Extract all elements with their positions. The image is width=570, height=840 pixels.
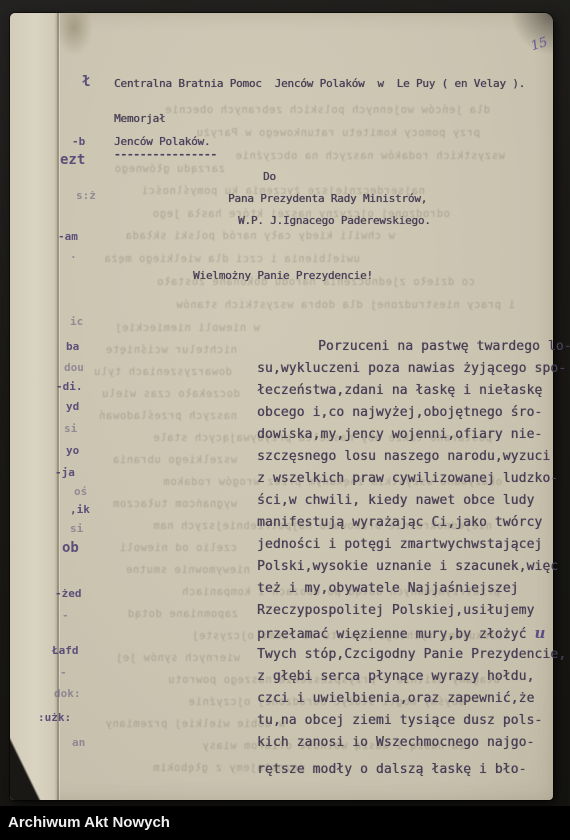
title-line-2: Jenców Polaków. [114, 135, 210, 148]
bleedthrough-line: wszystkich rodaków naszych na obczyźnie [215, 150, 505, 162]
margin-mark: si [70, 523, 83, 535]
typed-line: kich zanosi io Wszechmocnego najgo- [257, 732, 565, 754]
typed-line: rętsze modły o dalszą łaskę i bło- [257, 759, 565, 781]
margin-mark: yd [66, 401, 79, 413]
handwritten-insert: u [534, 624, 545, 642]
bleedthrough-line: dowarzyszeniach tylu [72, 366, 232, 378]
bleedthrough-line: zapomniane dotąd [80, 608, 238, 620]
address-line-1: Pana Prezydenta Rady Ministrów, [228, 192, 427, 205]
margin-mark: dok: [54, 688, 81, 700]
margin-mark: s:ż [76, 190, 96, 202]
address-to: Do [263, 170, 276, 183]
bleedthrough-line: doczekało czas wielu [72, 388, 240, 400]
bleedthrough-line: i pracy niestrudzonej dla dobra wszystki… [95, 299, 515, 311]
margin-mark: Łafd [52, 645, 79, 657]
typed-line: szczęsnego losu naszego narodu,wyzuci [257, 446, 565, 468]
bleedthrough-line: niewymownie smutne [90, 564, 250, 576]
typed-line: łeczeństwa,zdani na łaskę i niełaskę [257, 380, 565, 402]
typed-line: Polski,wysokie uznanie i szacunek,więc [257, 556, 565, 578]
bleedthrough-line: wszelkiego ubrania [72, 454, 237, 466]
margin-mark: -ja [55, 467, 75, 479]
typed-line: też i my,obywatele Najjaśniejszej [257, 578, 565, 600]
letterhead-line: Centralna Bratnia Pomoc Jenców Polaków w… [114, 77, 525, 90]
margin-mark: :użk: [38, 712, 71, 724]
bleedthrough-line: zarządu głównego [95, 163, 225, 175]
bleedthrough-line: nichtelur wciśnięte [72, 344, 237, 356]
ink-stain [56, 13, 92, 55]
typed-line: Twych stóp,Czcigodny Panie Prezydencie, [257, 644, 565, 666]
torn-corner [10, 715, 48, 800]
margin-mark: yo [66, 445, 79, 457]
typed-line: manifestują wyrażając Ci,jako twórcy [257, 512, 565, 534]
title-line-1: Memorjał [114, 112, 165, 125]
margin-mark: oś [74, 486, 87, 498]
address-line-2: W.P. J.Ignacego Paderewskiego. [238, 214, 431, 227]
margin-mark: - [60, 667, 67, 679]
margin-mark: -b [72, 136, 85, 148]
margin-mark: · [70, 252, 77, 264]
typed-line: obcego i,co najwyżej,obojętnego śro- [257, 402, 565, 424]
margin-mark: ,ik [70, 504, 90, 516]
typed-line: Rzeczypospolitej Polskiej,usiłujemy [257, 600, 565, 622]
typed-line: z wszelkich praw cywilizowanej ludzko- [257, 468, 565, 490]
fold-crease-line [57, 13, 59, 800]
bleedthrough-line: dla jeńców wojennych polskich zebranych … [150, 104, 490, 116]
margin-mark: ic [70, 316, 83, 328]
margin-mark: ba [66, 341, 79, 353]
bleedthrough-line: wygnańcom tułaczom [72, 498, 237, 510]
bleedthrough-line: w niewoli niemieckiej [95, 322, 260, 334]
salutation: Wielmożny Panie Prezydencie! [193, 269, 373, 282]
margin-mark: si [64, 423, 77, 435]
bleedthrough-line: naszych prześladowań [72, 410, 237, 422]
scanned-document-view: dla jeńców wojennych polskich zebranych … [0, 0, 570, 840]
typed-line: czci i uwielbienia,oraz zapewnić,że [257, 688, 565, 710]
archive-caption-bar: Archiwum Akt Nowych [0, 806, 570, 840]
margin-mark: ł [82, 76, 90, 88]
bleedthrough-line: w dobie wielkiej przemiany [85, 718, 285, 730]
typed-line: z głębi serca płynące wyrazy hołdu, [257, 666, 565, 688]
typed-line: przełamać więzienne mury,by złożyć u [257, 622, 565, 644]
margin-mark: ob [62, 542, 79, 554]
margin-mark: ezt [60, 154, 85, 166]
margin-mark: dou [64, 362, 84, 374]
typed-line: tu,na obcej ziemi tysiące dusz pols- [257, 710, 565, 732]
typed-line: dowiska,my,jency wojenni,ofiary nie- [257, 424, 565, 446]
title-underline: ---------------- [114, 148, 217, 161]
typed-line: ści,w chwili, kiedy nawet obce ludy [257, 490, 565, 512]
margin-mark: -żed [55, 588, 82, 600]
margin-mark: an [72, 737, 85, 749]
corner-shadow [507, 13, 553, 59]
bleedthrough-line: uwielbienia i czci dla wielkiego męża [95, 253, 360, 265]
margin-mark: - [62, 610, 69, 622]
archive-caption: Archiwum Akt Nowych [0, 806, 570, 839]
bleedthrough-line: czelio od niewoli [72, 542, 237, 554]
typed-line: Porzuceni na pastwę twardego lo- [257, 336, 565, 358]
typed-line: su,wykluczeni poza nawias żyjącego spo- [257, 358, 565, 380]
body-text: Porzuceni na pastwę twardego lo-su,wyklu… [257, 336, 565, 781]
page-fold-strip [10, 13, 57, 800]
document-page: dla jeńców wojennych polskich zebranych … [10, 13, 553, 800]
bleedthrough-line: w chwili kiedy cały naród polski składa [95, 230, 395, 242]
bleedthrough-line: wiernych synów jej [80, 652, 240, 664]
typed-line: jedności i potęgi zmartwychwstającej [257, 534, 565, 556]
margin-mark: -di. [56, 381, 83, 393]
margin-mark: -am [58, 231, 78, 243]
